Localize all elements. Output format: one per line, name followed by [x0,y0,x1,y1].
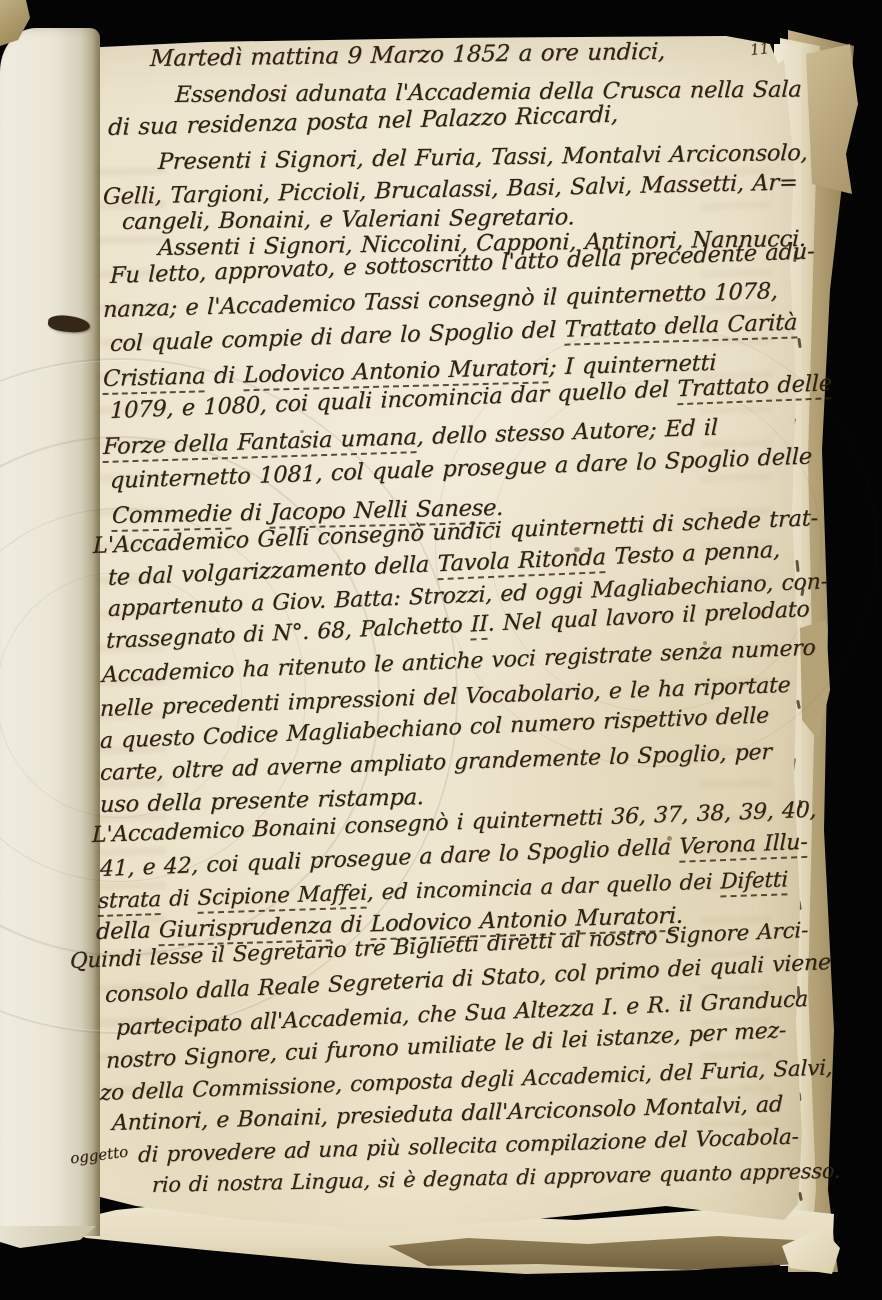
manuscript-line: Martedì mattina 9 Marzo 1852 a ore undic… [150,39,666,72]
manuscript-photo: 11 oggetto Martedì mattina 9 Marzo 1852 … [0,0,882,1300]
manuscript-line: Essendosi adunata l'Accademia della Crus… [174,77,802,108]
manuscript-line: Presenti i Signori, del Furia, Tassi, Mo… [158,140,809,175]
manuscript-line: Gelli, Targioni, Piccioli, Brucalassi, B… [103,169,798,210]
manuscript-text: Martedì mattina 9 Marzo 1852 a ore undic… [0,0,882,1300]
